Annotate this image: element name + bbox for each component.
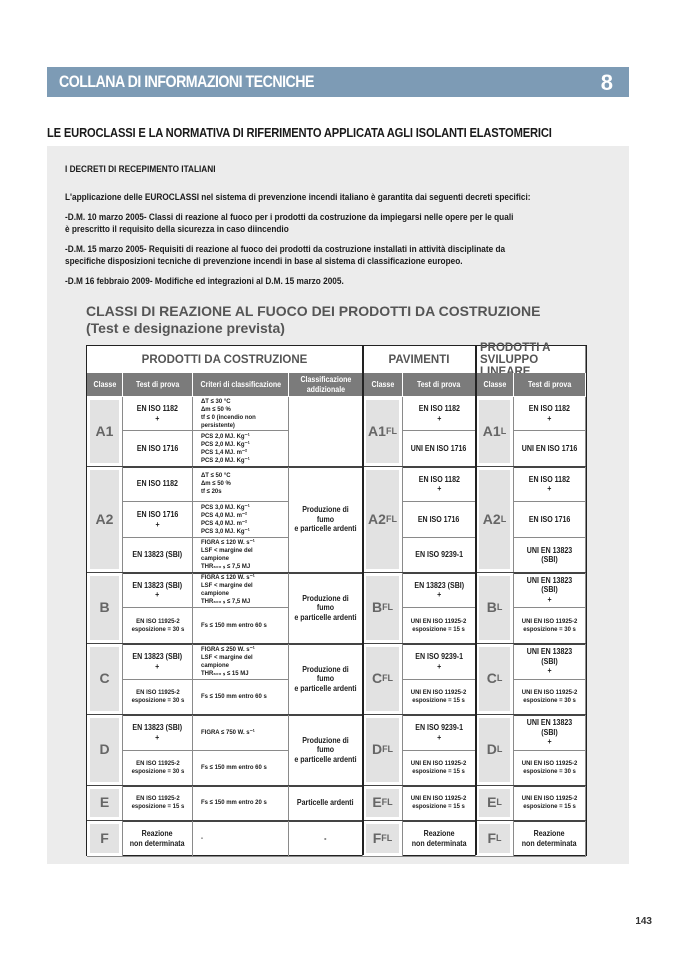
- additional-classification-b-text: Produzione di fumo e particelle ardenti: [293, 594, 357, 623]
- header-banner: COLLANA DI INFORMAZIONI TECNICHE 8: [47, 67, 629, 97]
- linear-test-method: UNI EN 13823 (SBI) +: [514, 573, 586, 608]
- floor-test-method: UNI EN ISO 11925-2 esposizione = 15 s: [403, 751, 476, 786]
- class-f-fl-label: FFL: [366, 824, 399, 853]
- column-header-1-text: Test di prova: [136, 380, 179, 390]
- classification-criteria-text: PCS 2,0 MJ. Kg⁻¹ PCS 2,0 MJ. Kg⁻¹ PCS 1,…: [201, 433, 250, 465]
- class-a2-fl: A2FL: [363, 467, 403, 573]
- linear-test-method: EN ISO 1716: [514, 502, 586, 538]
- additional-classification-e-text: Particelle ardenti: [297, 798, 354, 808]
- class-f-l-label: FL: [479, 824, 510, 853]
- class-e-fl: EFL: [363, 786, 403, 821]
- decree-1-line-2: è prescritto il requisito della sicurezz…: [65, 224, 289, 237]
- classification-criteria-text: FIGRA ≤ 120 W. s⁻¹ LSF < margine del cam…: [201, 574, 278, 606]
- floor-test-method: Reazione non determinata: [403, 821, 476, 857]
- test-method: EN ISO 11925-2 esposizione = 30 s: [123, 680, 193, 715]
- table-subtitle: (Test e designazione prevista): [86, 320, 285, 336]
- classification-criteria: FIGRA ≤ 750 W. s⁻¹: [193, 715, 289, 751]
- classification-criteria-text: FIGRA ≤ 750 W. s⁻¹: [201, 729, 255, 737]
- class-a1-label: A1: [90, 400, 119, 463]
- class-b: B: [87, 573, 123, 644]
- test-method-text: EN 13823 (SBI) +: [133, 581, 183, 600]
- class-b-fl: BFL: [363, 573, 403, 644]
- floor-test-method: EN 13823 (SBI) +: [403, 573, 476, 608]
- linear-test-method: UNI EN ISO 11925-2 esposizione = 30 s: [514, 751, 586, 786]
- test-method-text: EN ISO 11925-2 esposizione = 30 s: [131, 618, 184, 634]
- floor-test-method-text: EN ISO 1716: [418, 515, 459, 525]
- floor-test-method-text: EN ISO 9239-1: [415, 550, 463, 560]
- test-method-text: EN 13823 (SBI) +: [133, 652, 183, 671]
- class-d-fl: DFL: [363, 715, 403, 786]
- linear-test-method-text: EN ISO 1716: [529, 515, 570, 525]
- test-method: EN ISO 1182 +: [123, 397, 193, 431]
- test-method: EN ISO 1182: [123, 467, 193, 502]
- floor-test-method-text: Reazione non determinata: [412, 829, 467, 848]
- test-method: EN 13823 (SBI) +: [123, 644, 193, 680]
- class-f-l: FL: [476, 821, 514, 857]
- linear-test-method: UNI EN 13823 (SBI) +: [514, 644, 586, 680]
- classification-criteria-text: ΔT ≤ 30 °C Δm ≤ 50 % tf ≤ 0 (incendio no…: [201, 398, 278, 430]
- class-a1: A1: [87, 397, 123, 467]
- additional-classification-b: Produzione di fumo e particelle ardenti: [289, 573, 363, 644]
- column-header-2-text: Criteri di classificazione: [200, 380, 281, 390]
- class-b-fl-label: BFL: [366, 576, 399, 640]
- classification-criteria-text: ΔT ≤ 50 °C Δm ≤ 50 % tf ≤ 20s: [201, 472, 231, 496]
- class-c-fl-label: CFL: [366, 647, 399, 711]
- column-header-3: Classificazione addizionale: [289, 373, 363, 397]
- additional-classification-e: Particelle ardenti: [289, 786, 363, 821]
- classification-criteria-text: FIGRA ≤ 250 W. s⁻¹ LSF < margine del cam…: [201, 646, 278, 678]
- linear-test-method: UNI EN ISO 1716: [514, 431, 586, 467]
- additional-classification-a2-text: Produzione di fumo e particelle ardenti: [293, 505, 357, 534]
- classification-criteria: Fs ≤ 150 mm entro 20 s: [193, 786, 289, 821]
- test-method: EN ISO 1716 +: [123, 502, 193, 538]
- decree-2-line-1: -D.M. 15 marzo 2005- Requisiti di reazio…: [65, 244, 505, 257]
- classification-criteria: PCS 3,0 MJ. Kg⁻¹ PCS 4,0 MJ. m⁻² PCS 4,0…: [193, 502, 289, 538]
- class-a1-l-label: A1L: [479, 400, 510, 463]
- classification-criteria-text: FIGRA ≤ 120 W. s⁻¹ LSF < margine del cam…: [201, 539, 278, 571]
- class-d-l-label: DL: [479, 718, 510, 782]
- test-method: EN ISO 1716: [123, 431, 193, 467]
- class-b-l-label: BL: [479, 576, 510, 640]
- additional-classification-d-text: Produzione di fumo e particelle ardenti: [293, 736, 357, 765]
- test-method: Reazione non determinata: [123, 821, 193, 857]
- linear-test-method: EN ISO 1182 +: [514, 467, 586, 502]
- column-header-2: Criteri di classificazione: [193, 373, 289, 397]
- additional-classification-f-text: -: [324, 834, 326, 844]
- class-c-l: CL: [476, 644, 514, 715]
- chapter-number: 8: [601, 70, 613, 96]
- linear-test-method-text: UNI EN ISO 11925-2 esposizione = 30 s: [522, 689, 578, 705]
- page-number: 143: [635, 916, 652, 927]
- test-method-text: EN ISO 1716: [137, 444, 178, 454]
- column-header-6-text: Classe: [483, 380, 506, 390]
- linear-test-method-text: Reazione non determinata: [522, 829, 577, 848]
- classification-criteria-text: PCS 3,0 MJ. Kg⁻¹ PCS 4,0 MJ. m⁻² PCS 4,0…: [201, 504, 250, 536]
- linear-test-method-text: UNI EN ISO 11925-2 esposizione = 30 s: [522, 618, 578, 634]
- classification-criteria-text: Fs ≤ 150 mm entro 60 s: [201, 622, 267, 630]
- test-method: EN ISO 11925-2 esposizione = 15 s: [123, 786, 193, 821]
- classification-criteria: ΔT ≤ 30 °C Δm ≤ 50 % tf ≤ 0 (incendio no…: [193, 397, 289, 431]
- class-d-fl-label: DFL: [366, 718, 399, 782]
- class-e-fl-label: EFL: [366, 789, 399, 817]
- column-header-1: Test di prova: [123, 373, 193, 397]
- euroclass-table: PRODOTTI DA COSTRUZIONEPAVIMENTIPRODOTTI…: [86, 345, 587, 856]
- class-f: F: [87, 821, 123, 857]
- linear-test-method-text: UNI EN 13823 (SBI) +: [518, 647, 580, 676]
- group-header-construction: PRODOTTI DA COSTRUZIONE: [87, 346, 363, 373]
- class-d-l: DL: [476, 715, 514, 786]
- class-a1-fl: A1FL: [363, 397, 403, 467]
- class-b-label: B: [90, 576, 119, 640]
- decree-2-line-2: specifiche disposizioni tecniche di prev…: [65, 256, 463, 269]
- floor-test-method: EN ISO 1182 +: [403, 397, 476, 431]
- classification-criteria: PCS 2,0 MJ. Kg⁻¹ PCS 2,0 MJ. Kg⁻¹ PCS 1,…: [193, 431, 289, 467]
- column-header-6: Classe: [476, 373, 514, 397]
- test-method: EN 13823 (SBI) +: [123, 573, 193, 608]
- floor-test-method-text: EN ISO 9239-1 +: [415, 723, 463, 742]
- floor-test-method-text: UNI EN ISO 11925-2 esposizione = 15 s: [411, 795, 467, 811]
- class-d: D: [87, 715, 123, 786]
- class-e: E: [87, 786, 123, 821]
- test-method-text: EN ISO 11925-2 esposizione = 30 s: [131, 760, 184, 776]
- linear-test-method: UNI EN ISO 11925-2 esposizione = 15 s: [514, 786, 586, 821]
- test-method-text: EN ISO 11925-2 esposizione = 15 s: [131, 795, 184, 811]
- class-a2-fl-label: A2FL: [366, 470, 399, 569]
- classification-criteria-text: Fs ≤ 150 mm entro 60 s: [201, 693, 267, 701]
- column-header-5-text: Test di prova: [417, 380, 460, 390]
- test-method: EN ISO 11925-2 esposizione = 30 s: [123, 608, 193, 644]
- floor-test-method: EN ISO 1716: [403, 502, 476, 538]
- class-a2: A2: [87, 467, 123, 573]
- test-method-text: EN ISO 1182 +: [137, 404, 178, 423]
- floor-test-method: EN ISO 9239-1 +: [403, 715, 476, 751]
- classification-criteria-text: Fs ≤ 150 mm entro 60 s: [201, 764, 267, 772]
- column-header-0: Classe: [87, 373, 123, 397]
- linear-test-method-text: UNI EN 13823 (SBI) +: [518, 576, 580, 605]
- test-method-text: EN ISO 11925-2 esposizione = 30 s: [131, 689, 184, 705]
- page-heading: LE EUROCLASSI E LA NORMATIVA DI RIFERIME…: [47, 125, 552, 140]
- class-c-fl: CFL: [363, 644, 403, 715]
- floor-test-method: EN ISO 9239-1: [403, 538, 476, 573]
- class-c: C: [87, 644, 123, 715]
- section-title: I DECRETI DI RECEPIMENTO ITALIANI: [65, 164, 216, 177]
- class-a2-l: A2L: [476, 467, 514, 573]
- class-e-label: E: [90, 789, 119, 817]
- floor-test-method-text: UNI EN ISO 11925-2 esposizione = 15 s: [411, 760, 467, 776]
- additional-classification-f: -: [289, 821, 363, 857]
- group-header-linear: PRODOTTI A SVILUPPO LINEARE: [476, 346, 586, 373]
- classification-criteria: -: [193, 821, 289, 857]
- class-a2-l-label: A2L: [479, 470, 510, 569]
- test-method-text: EN 13823 (SBI) +: [133, 723, 183, 742]
- group-header-floors-text: PAVIMENTI: [389, 354, 450, 366]
- class-a1-l: A1L: [476, 397, 514, 467]
- floor-test-method-text: EN 13823 (SBI) +: [414, 581, 464, 600]
- class-a1-fl-label: A1FL: [366, 400, 399, 463]
- test-method-text: EN 13823 (SBI): [133, 550, 183, 560]
- group-separator: [475, 346, 477, 855]
- classification-criteria-text: -: [201, 835, 203, 843]
- column-header-0-text: Classe: [93, 380, 116, 390]
- test-method: EN 13823 (SBI) +: [123, 715, 193, 751]
- floor-test-method: EN ISO 1182 +: [403, 467, 476, 502]
- linear-test-method: UNI EN 13823 (SBI) +: [514, 715, 586, 751]
- linear-test-method-text: UNI EN 13823 (SBI) +: [518, 718, 580, 747]
- floor-test-method-text: UNI EN ISO 11925-2 esposizione = 15 s: [411, 618, 467, 634]
- linear-test-method: UNI EN 13823 (SBI): [514, 538, 586, 573]
- test-method-text: EN ISO 1182: [137, 479, 178, 489]
- test-method-text: EN ISO 1716 +: [137, 510, 178, 529]
- decree-1-line-1: -D.M. 10 marzo 2005- Classi di reazione …: [65, 212, 513, 225]
- class-e-l-label: EL: [479, 789, 510, 817]
- test-method: EN ISO 11925-2 esposizione = 30 s: [123, 751, 193, 786]
- class-b-l: BL: [476, 573, 514, 644]
- linear-test-method: EN ISO 1182 +: [514, 397, 586, 431]
- linear-test-method-text: UNI EN ISO 1716: [522, 444, 578, 454]
- class-a2-label: A2: [90, 470, 119, 569]
- group-header-construction-text: PRODOTTI DA COSTRUZIONE: [142, 354, 308, 366]
- floor-test-method-text: EN ISO 1182 +: [418, 475, 459, 494]
- linear-test-method-text: EN ISO 1182 +: [529, 404, 570, 423]
- floor-test-method: UNI EN ISO 11925-2 esposizione = 15 s: [403, 608, 476, 644]
- classification-criteria: ΔT ≤ 50 °C Δm ≤ 50 % tf ≤ 20s: [193, 467, 289, 502]
- classification-criteria: Fs ≤ 150 mm entro 60 s: [193, 608, 289, 644]
- class-d-label: D: [90, 718, 119, 782]
- series-title: COLLANA DI INFORMAZIONI TECNICHE: [59, 73, 314, 92]
- decree-3-line-1: -D.M 16 febbraio 2009- Modifiche ed inte…: [65, 276, 344, 289]
- linear-test-method-text: EN ISO 1182 +: [529, 475, 570, 494]
- additional-classification-c: Produzione di fumo e particelle ardenti: [289, 644, 363, 715]
- column-header-7-text: Test di prova: [528, 380, 571, 390]
- floor-test-method-text: EN ISO 9239-1 +: [415, 652, 463, 671]
- linear-test-method: Reazione non determinata: [514, 821, 586, 857]
- intro-text: L'applicazione delle EUROCLASSI nel sist…: [65, 192, 531, 205]
- class-f-fl: FFL: [363, 821, 403, 857]
- class-c-l-label: CL: [479, 647, 510, 711]
- linear-test-method-text: UNI EN 13823 (SBI): [518, 546, 580, 565]
- additional-classification-a2: Produzione di fumo e particelle ardenti: [289, 467, 363, 573]
- floor-test-method-text: UNI EN ISO 1716: [411, 444, 467, 454]
- floor-test-method: UNI EN ISO 11925-2 esposizione = 15 s: [403, 786, 476, 821]
- classification-criteria: Fs ≤ 150 mm entro 60 s: [193, 751, 289, 786]
- floor-test-method: UNI EN ISO 11925-2 esposizione = 15 s: [403, 680, 476, 715]
- classification-criteria: FIGRA ≤ 120 W. s⁻¹ LSF < margine del cam…: [193, 538, 289, 573]
- table-title: CLASSI DI REAZIONE AL FUOCO DEI PRODOTTI…: [86, 303, 541, 319]
- classification-criteria: FIGRA ≤ 250 W. s⁻¹ LSF < margine del cam…: [193, 644, 289, 680]
- classification-criteria: Fs ≤ 150 mm entro 60 s: [193, 680, 289, 715]
- class-c-label: C: [90, 647, 119, 711]
- group-header-floors: PAVIMENTI: [363, 346, 476, 373]
- column-header-7: Test di prova: [514, 373, 586, 397]
- classification-criteria-text: Fs ≤ 150 mm entro 20 s: [201, 799, 267, 807]
- floor-test-method: UNI EN ISO 1716: [403, 431, 476, 467]
- floor-test-method-text: UNI EN ISO 11925-2 esposizione = 15 s: [411, 689, 467, 705]
- linear-test-method: UNI EN ISO 11925-2 esposizione = 30 s: [514, 680, 586, 715]
- test-method: EN 13823 (SBI): [123, 538, 193, 573]
- column-header-5: Test di prova: [403, 373, 476, 397]
- column-header-3-text: Classificazione addizionale: [300, 375, 351, 394]
- test-method-text: Reazione non determinata: [130, 829, 185, 848]
- column-header-4: Classe: [363, 373, 403, 397]
- floor-test-method-text: EN ISO 1182 +: [418, 404, 459, 423]
- column-header-4-text: Classe: [371, 380, 394, 390]
- linear-test-method: UNI EN ISO 11925-2 esposizione = 30 s: [514, 608, 586, 644]
- additional-classification-a1: [289, 397, 363, 467]
- group-separator: [362, 346, 364, 855]
- class-e-l: EL: [476, 786, 514, 821]
- additional-classification-d: Produzione di fumo e particelle ardenti: [289, 715, 363, 786]
- additional-classification-c-text: Produzione di fumo e particelle ardenti: [293, 665, 357, 694]
- class-f-label: F: [90, 824, 119, 853]
- linear-test-method-text: UNI EN ISO 11925-2 esposizione = 30 s: [522, 760, 578, 776]
- linear-test-method-text: UNI EN ISO 11925-2 esposizione = 15 s: [522, 795, 578, 811]
- floor-test-method: EN ISO 9239-1 +: [403, 644, 476, 680]
- classification-criteria: FIGRA ≤ 120 W. s⁻¹ LSF < margine del cam…: [193, 573, 289, 608]
